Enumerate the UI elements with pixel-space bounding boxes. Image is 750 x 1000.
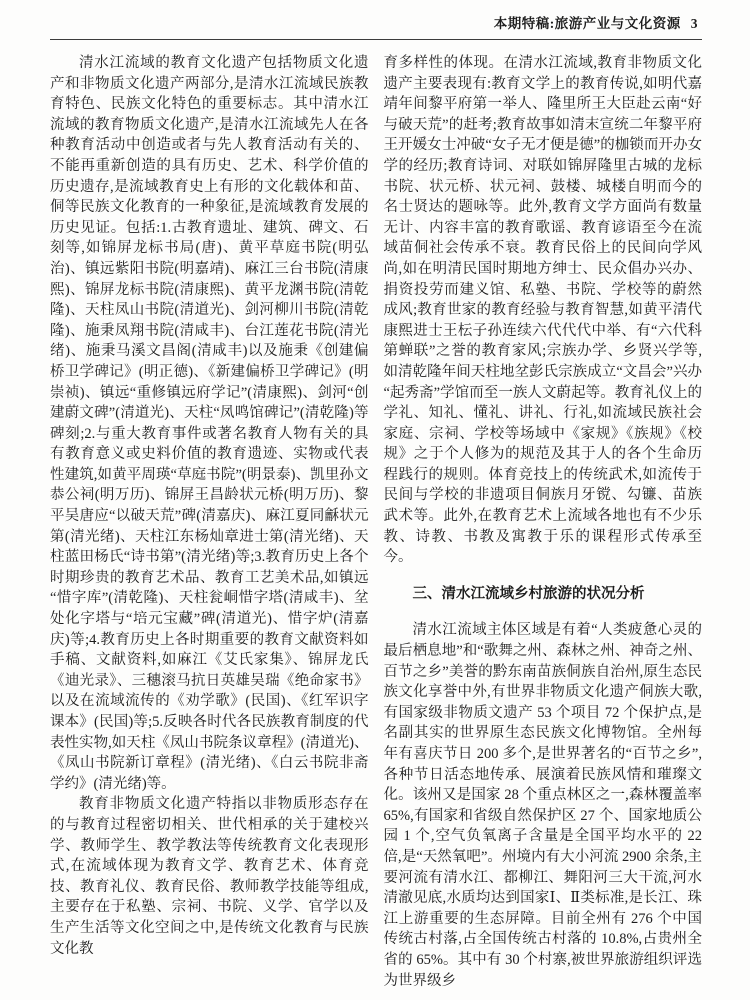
section-heading: 三、清水江流域乡村旅游的状况分析 bbox=[384, 584, 703, 605]
article-body: 清水江流域的教育文化遗产包括物质文化遗产和非物质文化遗产两部分,是清水江流域民族… bbox=[50, 53, 702, 991]
paragraph-rural-tourism-analysis: 清水江流域主体区域是有着“人类疲惫心灵的最后栖息地”和“歌舞之州、森林之州、神奇… bbox=[384, 620, 703, 991]
paragraph-physical-heritage: 清水江流域的教育文化遗产包括物质文化遗产和非物质文化遗产两部分,是清水江流域民族… bbox=[50, 53, 369, 794]
page-number: 3 bbox=[691, 16, 698, 32]
document-page: 本期特稿:旅游产业与文化资源3 清水江流域的教育文化遗产包括物质文化遗产和非物质… bbox=[0, 0, 750, 1000]
right-column: 育多样性的体现。在清水江流域,教育非物质文化遗产主要表现有:教育文学上的教育传说… bbox=[384, 53, 703, 991]
left-column: 清水江流域的教育文化遗产包括物质文化遗产和非物质文化遗产两部分,是清水江流域民族… bbox=[50, 53, 369, 991]
paragraph-intangible-heritage-start: 教育非物质文化遗产特指以非物质形态存在的与教育过程密切相关、世代相承的关于建校兴… bbox=[50, 794, 369, 959]
header-rule bbox=[50, 39, 702, 40]
running-head-title: 本期特稿:旅游产业与文化资源 bbox=[494, 16, 681, 31]
page-header: 本期特稿:旅游产业与文化资源3 bbox=[50, 8, 702, 32]
paragraph-intangible-heritage-continued: 育多样性的体现。在清水江流域,教育非物质文化遗产主要表现有:教育文学上的教育传说… bbox=[384, 53, 703, 568]
